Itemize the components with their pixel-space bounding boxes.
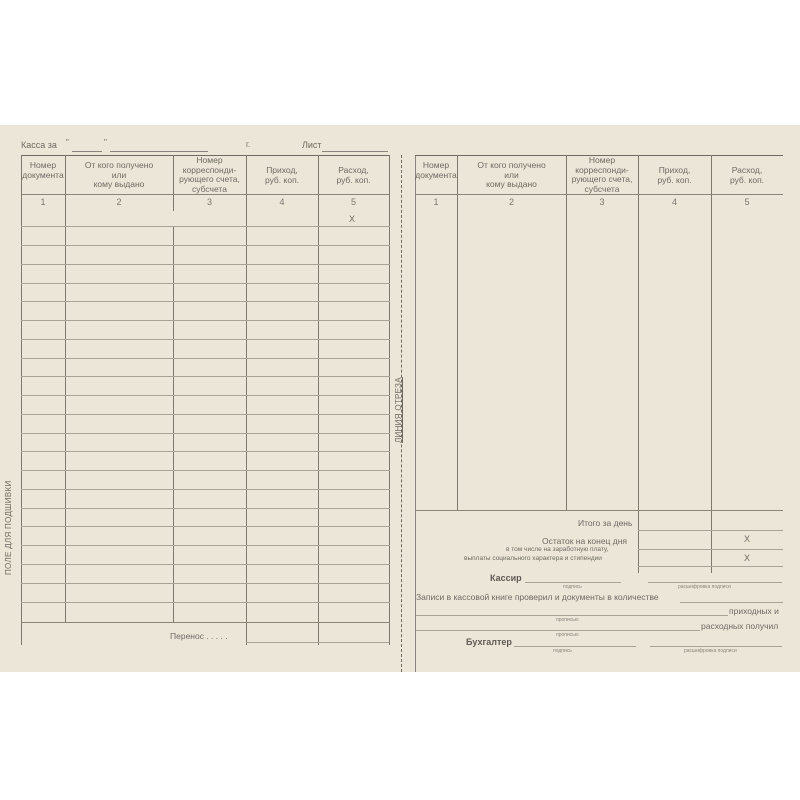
quote-open: ": [66, 138, 69, 147]
table-row[interactable]: [21, 470, 390, 471]
col-divider: [318, 155, 319, 645]
table-row[interactable]: [21, 395, 390, 396]
col-number: 2: [65, 197, 173, 207]
cash-book-sheet: Касса за " " г. Лист ПОЛЕ ДЛЯ ПОДШИВКИ Н…: [0, 125, 800, 672]
opening-balance-cell: [66, 211, 245, 226]
right-header-bottom-border: [415, 194, 783, 195]
sheet-number-input-line[interactable]: [322, 151, 388, 152]
quote-close: ": [104, 138, 107, 147]
cashier-decode-line[interactable]: [648, 582, 782, 583]
documents-count-line[interactable]: [680, 602, 783, 603]
col-number: 1: [415, 197, 457, 207]
accountant-decode-hint: расшифровка подписи: [684, 648, 737, 654]
left-header-expense: Расход,руб. коп.: [318, 166, 389, 185]
outgoing-label: расходных получил: [701, 621, 778, 631]
table-row[interactable]: [21, 245, 390, 246]
left-header-income: Приход,руб. коп.: [246, 166, 318, 185]
year-suffix: г.: [246, 140, 250, 149]
table-row[interactable]: [21, 489, 390, 490]
col-number: 5: [711, 197, 783, 207]
table-row[interactable]: [21, 376, 390, 377]
table-row[interactable]: [21, 226, 390, 227]
right-header-expense: Расход,руб. коп.: [711, 166, 783, 185]
closing-balance-label: Остаток на конец дня: [542, 536, 627, 546]
table-row[interactable]: [21, 358, 390, 359]
right-table-body[interactable]: [416, 207, 783, 509]
including-line2: выплаты социального характера и стипенди…: [464, 555, 602, 562]
cashier-decode-hint: расшифровка подписи: [678, 584, 731, 590]
right-header-from-whom: От кого полученоиликому выдано: [457, 161, 566, 190]
incoming-count-line[interactable]: [416, 615, 728, 616]
table-row[interactable]: [21, 264, 390, 265]
accountant-signature-line[interactable]: [514, 646, 636, 647]
table-row[interactable]: [21, 545, 390, 546]
including-line1: в том числе на заработную плату,: [506, 546, 608, 553]
cashier-signature-hint: подпись: [563, 584, 582, 590]
col-number: 4: [246, 197, 318, 207]
month-input-line[interactable]: [110, 151, 208, 152]
total-day-line[interactable]: [638, 530, 783, 531]
col-number: 1: [21, 197, 65, 207]
day-input-line[interactable]: [72, 151, 102, 152]
left-header-account: Номеркорреспонди-рующего счета,субсчета: [173, 156, 246, 194]
including-line[interactable]: [638, 566, 783, 567]
left-table-right-border: [389, 155, 390, 645]
carry-over-label: Перенос . . . . .: [170, 631, 228, 641]
table-row[interactable]: [21, 583, 390, 584]
left-header-bottom-border: [21, 194, 390, 195]
cashier-label: Кассир: [490, 573, 522, 583]
outgoing-count-line[interactable]: [416, 630, 700, 631]
table-bottom-border: [21, 622, 390, 623]
table-row[interactable]: [21, 508, 390, 509]
table-row[interactable]: [21, 320, 390, 321]
cashier-signature-line[interactable]: [525, 582, 621, 583]
table-row[interactable]: [21, 414, 390, 415]
checked-label: Записи в кассовой книге проверил и докум…: [416, 592, 659, 602]
table-row[interactable]: [21, 339, 390, 340]
table-row[interactable]: [21, 564, 390, 565]
table-row[interactable]: [21, 301, 390, 302]
opening-balance-mark: X: [349, 214, 355, 224]
col-divider: [246, 155, 247, 645]
carry-over-line[interactable]: [246, 642, 389, 643]
binding-field-label: ПОЛЕ ДЛЯ ПОДШИВКИ: [4, 480, 13, 575]
right-header-doc-number: Номердокумента: [415, 161, 457, 180]
accountant-label: Бухгалтер: [466, 637, 512, 647]
total-day-label: Итого за день: [578, 518, 632, 528]
incoming-in-words-hint: прописью: [556, 617, 579, 623]
left-header-from-whom: От кого полученоиликому выдано: [65, 161, 173, 190]
left-header-doc-number: Номердокумента: [21, 161, 65, 180]
right-table-bottom-border: [415, 510, 783, 511]
left-table-left-border: [21, 155, 22, 645]
table-row[interactable]: [21, 283, 390, 284]
col-number: 5: [318, 197, 389, 207]
table-row[interactable]: [21, 451, 390, 452]
col-number: 3: [173, 197, 246, 207]
accountant-signature-hint: подпись: [553, 648, 572, 654]
outgoing-in-words-hint: прописью: [556, 632, 579, 638]
col-number: 4: [638, 197, 711, 207]
accountant-decode-line[interactable]: [650, 646, 782, 647]
sheet-label: Лист: [302, 140, 322, 150]
table-row[interactable]: [21, 526, 390, 527]
right-header-income: Приход,руб. коп.: [638, 166, 711, 185]
including-mark: X: [744, 553, 750, 563]
table-row[interactable]: [21, 433, 390, 434]
kassa-label: Касса за: [21, 140, 57, 150]
closing-balance-mark: X: [744, 534, 750, 544]
closing-balance-line[interactable]: [638, 549, 783, 550]
incoming-label: приходных и: [729, 606, 779, 616]
table-row[interactable]: [21, 602, 390, 603]
right-header-account: Номеркорреспонди-рующего счета,субсчета: [566, 156, 638, 194]
col-number: 3: [566, 197, 638, 207]
cut-line-label: ЛИНИЯ ОТРЕЗА: [394, 377, 403, 443]
col-number: 2: [457, 197, 566, 207]
